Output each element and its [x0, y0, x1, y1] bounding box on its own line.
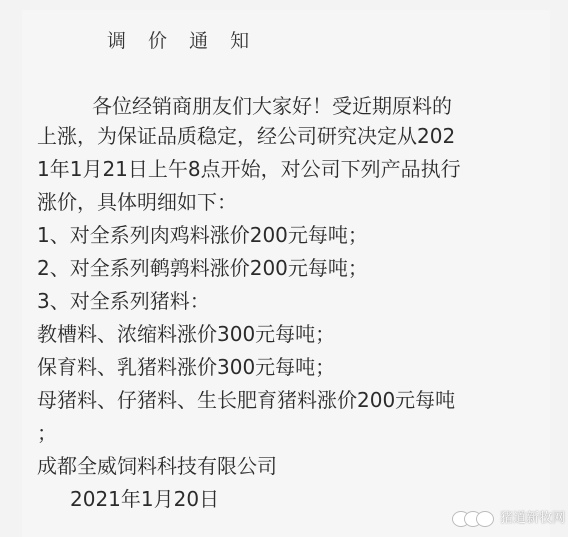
item-broiler-feed: 1、对全系列肉鸡料涨价200元每吨； [37, 223, 368, 247]
item-sow-grower-end: ； [37, 421, 57, 445]
item-sow-grower: 母猪料、仔猪料、生长肥育猪料涨价200元每吨 [37, 388, 455, 412]
watermark: 猪道新牧网 [452, 507, 565, 527]
body-line-4: 涨价，具体明细如下： [37, 190, 237, 214]
wechat-bubbles-icon [452, 511, 496, 527]
item-nursery-piglet: 保育料、乳猪料涨价300元每吨； [37, 355, 335, 379]
item-creep-concentrate: 教槽料、浓缩料涨价300元每吨； [37, 322, 335, 346]
item-quail-feed: 2、对全系列鹌鹑料涨价200元每吨； [37, 256, 368, 280]
notice-date: 2021年1月20日 [70, 487, 219, 511]
greeting-line: 各位经销商朋友们大家好！受近期原料的 [92, 94, 452, 118]
body-line-3: 1年1月21日上午8点开始，对公司下列产品执行 [37, 157, 461, 181]
body-line-2: 上涨，为保证品质稳定，经公司研究决定从202 [37, 124, 455, 148]
company-name: 成都全威饲料科技有限公司 [37, 454, 277, 478]
watermark-text: 猪道新牧网 [500, 511, 565, 526]
item-pig-feed-header: 3、对全系列猪料： [37, 289, 210, 313]
notice-title: 调 价 通 知 [107, 26, 257, 53]
